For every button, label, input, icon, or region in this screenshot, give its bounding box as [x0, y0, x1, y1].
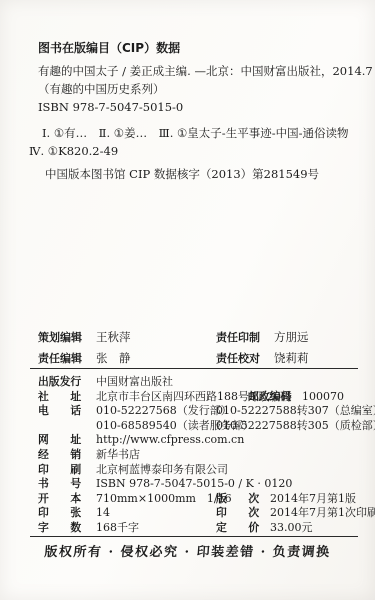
phone-quality: 010-52227588转305（质检部） — [216, 419, 375, 434]
impression-group: 印 次 2014年7月第1次印刷 — [216, 506, 375, 521]
price-label: 定 价 — [216, 521, 266, 536]
phone-row-2: 010-68589540（读者服务部） 010-52227588转305（质检部… — [38, 419, 365, 434]
phone-editorial-group: 010-52227588转307（总编室） — [216, 404, 375, 419]
proofreader-label: 责任校对 — [216, 348, 274, 369]
impression-label: 印 次 — [216, 506, 266, 521]
cip-isbn-line: ISBN 978-7-5047-5015-0 — [38, 98, 359, 116]
printer-label: 印 刷 — [38, 463, 96, 478]
phone-distribution: 010-52227568（发行部） — [96, 404, 216, 419]
editors-row: 策划编辑 王秋萍 责任印制 方朋远 — [38, 327, 361, 348]
distributor-label: 经 销 — [38, 448, 96, 463]
publisher-value: 中国财富出版社 — [96, 375, 365, 390]
wordcount-row: 字 数 168千字 定 价 33.00元 — [38, 521, 365, 536]
copyright-notice: 版权所有 · 侵权必究 · 印装差错 · 负责调换 — [0, 544, 375, 562]
cip-classification: Ⅰ. ①有… Ⅱ. ①姜… Ⅲ. ①皇太子-生平事迹-中国-通俗读物 Ⅳ. ①K… — [29, 124, 359, 160]
address-label: 社 址 — [38, 390, 96, 405]
distributor-row: 经 销 新华书店 — [38, 448, 365, 463]
postcode-value: 100070 — [302, 390, 365, 405]
address-row: 社 址 北京市丰台区南四环西路188号5区20楼 邮政编码 100070 — [38, 390, 365, 405]
sheets-value: 14 — [96, 506, 216, 521]
website-row: 网 址 http://www.cfpress.com.cn — [38, 433, 365, 448]
website-value: http://www.cfpress.com.cn — [96, 433, 365, 448]
website-label: 网 址 — [38, 433, 96, 448]
cip-registry-line: 中国版本图书馆 CIP 数据核字（2013）第281549号 — [38, 165, 359, 183]
edition-label: 版 次 — [216, 492, 266, 507]
cip-series-line: （有趣的中国历史系列） — [38, 80, 359, 98]
price-group: 定 价 33.00元 — [216, 521, 365, 536]
format-value: 710mm×1000mm 1/16 — [96, 492, 216, 507]
divider-top — [30, 368, 358, 369]
printer-value: 北京柯蓝博泰印务有限公司 — [96, 463, 365, 478]
phone-label-empty — [38, 419, 96, 434]
cip-heading: 图书在版编目（CIP）数据 — [38, 40, 359, 56]
cip-class-line-2: Ⅳ. ①K820.2-49 — [29, 142, 359, 160]
sheets-label: 印 张 — [38, 506, 96, 521]
postcode-group: 邮政编码 100070 — [248, 390, 365, 405]
phone-reader-service: 010-68589540（读者服务部） — [96, 419, 216, 434]
edition-value: 2014年7月第1版 — [270, 492, 365, 507]
impression-value: 2014年7月第1次印刷 — [270, 506, 375, 521]
publisher-row: 出版发行 中国财富出版社 — [38, 375, 365, 390]
wordcount-label: 字 数 — [38, 521, 96, 536]
phone-row-1: 电 话 010-52227568（发行部） 010-52227588转307（总… — [38, 404, 365, 419]
proofreader-name: 饶莉莉 — [274, 348, 361, 369]
book-number-label: 书 号 — [38, 477, 96, 492]
publisher-label: 出版发行 — [38, 375, 96, 390]
cip-class-line-1: Ⅰ. ①有… Ⅱ. ①姜… Ⅲ. ①皇太子-生平事迹-中国-通俗读物 — [29, 124, 359, 142]
price-value: 33.00元 — [270, 521, 365, 536]
postcode-label: 邮政编码 — [248, 390, 298, 405]
wordcount-value: 168千字 — [96, 521, 216, 536]
address-value: 北京市丰台区南四环西路188号5区20楼 — [96, 390, 248, 405]
editors-row: 责任编辑 张 静 责任校对 饶莉莉 — [38, 348, 361, 369]
distributor-value: 新华书店 — [96, 448, 365, 463]
book-number-value: ISBN 978-7-5047-5015-0 / K · 0120 — [96, 477, 365, 492]
planning-editor-label: 策划编辑 — [38, 327, 96, 348]
editors-block: 策划编辑 王秋萍 责任印制 方朋远 责任编辑 张 静 责任校对 饶莉莉 — [38, 327, 361, 369]
phone-quality-group: 010-52227588转305（质检部） — [216, 419, 375, 434]
responsible-editor-label: 责任编辑 — [38, 348, 96, 369]
planning-editor-name: 王秋萍 — [96, 327, 216, 348]
publication-block: 出版发行 中国财富出版社 社 址 北京市丰台区南四环西路188号5区20楼 邮政… — [38, 375, 365, 536]
divider-bottom — [30, 536, 358, 537]
sheets-row: 印 张 14 印 次 2014年7月第1次印刷 — [38, 506, 365, 521]
cip-block: 图书在版编目（CIP）数据 有趣的中国太子 / 姜正成主编. —北京：中国财富出… — [38, 40, 359, 183]
format-row: 开 本 710mm×1000mm 1/16 版 次 2014年7月第1版 — [38, 492, 365, 507]
copyright-page: 图书在版编目（CIP）数据 有趣的中国太子 / 姜正成主编. —北京：中国财富出… — [0, 0, 375, 600]
cip-title-line: 有趣的中国太子 / 姜正成主编. —北京：中国财富出版社，2014.7 — [38, 62, 359, 80]
format-label: 开 本 — [38, 492, 96, 507]
edition-group: 版 次 2014年7月第1版 — [216, 492, 365, 507]
print-supervisor-name: 方朋远 — [274, 327, 361, 348]
print-supervisor-label: 责任印制 — [216, 327, 274, 348]
printer-row: 印 刷 北京柯蓝博泰印务有限公司 — [38, 463, 365, 478]
book-number-row: 书 号 ISBN 978-7-5047-5015-0 / K · 0120 — [38, 477, 365, 492]
phone-label: 电 话 — [38, 404, 96, 419]
responsible-editor-name: 张 静 — [96, 348, 216, 369]
phone-editorial: 010-52227588转307（总编室） — [216, 404, 375, 419]
